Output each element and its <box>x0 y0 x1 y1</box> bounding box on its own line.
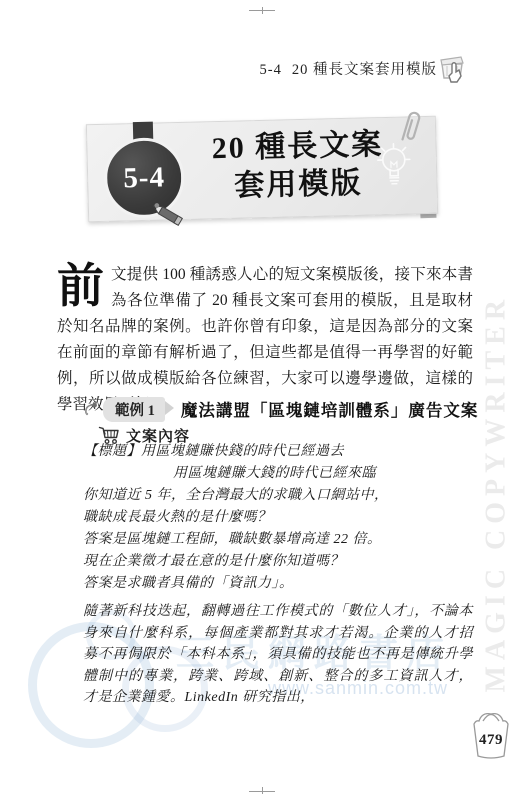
chapter-title-banner: 20 種長文案 套用模版 5-4 <box>85 114 441 226</box>
crop-mark-tick <box>262 7 263 14</box>
intro-text: 文提供 100 種誘惑人心的短文案模版後，接下來本書為各位準備了 20 種長文案… <box>57 266 473 413</box>
lightbulb-icon <box>373 139 414 194</box>
ad-copy-paragraph: 隨著新科技迭起，翻轉過往工作模式的「數位人才」，不論本身來自什麼科系，每個產業都… <box>83 601 473 709</box>
copy-line: 答案是區塊鏈工程師，職缺數暴增高達 22 倍。 <box>83 529 475 551</box>
intro-paragraph: 前文提供 100 種誘惑人心的短文案模版後，接下來本書為各位準備了 20 種長文… <box>57 262 473 418</box>
banner-plate: 20 種長文案 套用模版 5-4 <box>86 116 438 223</box>
intro-dropcap: 前 <box>57 262 111 310</box>
copy-line: 【標題】用區塊鏈賺快錢的時代已經過去 <box>83 441 475 463</box>
running-head-title: 20 種長文案套用模版 <box>292 62 437 78</box>
copy-line: 用區塊鏈賺大錢的時代已經來臨 <box>83 463 475 485</box>
crop-mark-bottom <box>249 787 275 795</box>
example-heading-row: 範例 1 魔法講盟「區塊鏈培訓體系」廣告文案 <box>84 397 478 421</box>
example-heading: 魔法講盟「區塊鏈培訓體系」廣告文案 <box>181 397 479 421</box>
page-number: 479 <box>462 732 520 749</box>
chapter-number: 5-4 <box>123 161 165 195</box>
book-page: 5-420 種長文案套用模版 20 種長文案 套用模版 5-4 <box>0 0 532 800</box>
basket-cursor-icon <box>438 52 470 86</box>
crop-mark-top <box>249 7 275 15</box>
copy-line: 現在企業徵才最在意的是什麼你知道嗎？ <box>83 551 475 573</box>
side-vertical-text: MAGIC COPYWRITER <box>481 348 521 693</box>
ad-copy-block: 【標題】用區塊鏈賺快錢的時代已經過去 用區塊鏈賺大錢的時代已經來臨 你知道近 5… <box>83 441 475 595</box>
pencil-icon <box>149 199 194 234</box>
running-head: 5-420 種長文案套用模版 <box>260 58 437 79</box>
copy-line: 答案是求職者具備的「資訊力」。 <box>83 573 475 595</box>
chapter-title-line1: 20 種長文案 <box>192 126 403 169</box>
example-label-badge: 範例 1 <box>103 397 165 422</box>
chapter-title-line2: 套用模版 <box>193 164 404 207</box>
copy-line: 你知道近 5 年，全台灣最大的求職入口網站中， <box>83 485 475 507</box>
chapter-title: 20 種長文案 套用模版 <box>192 126 404 207</box>
hook-icon <box>84 402 100 416</box>
shopping-bag-icon: 479 <box>462 706 520 768</box>
copy-line: 職缺成長最火熱的是什麼嗎？ <box>83 507 475 529</box>
crop-mark-tick <box>262 787 263 794</box>
running-head-chapter: 5-4 <box>260 62 282 78</box>
